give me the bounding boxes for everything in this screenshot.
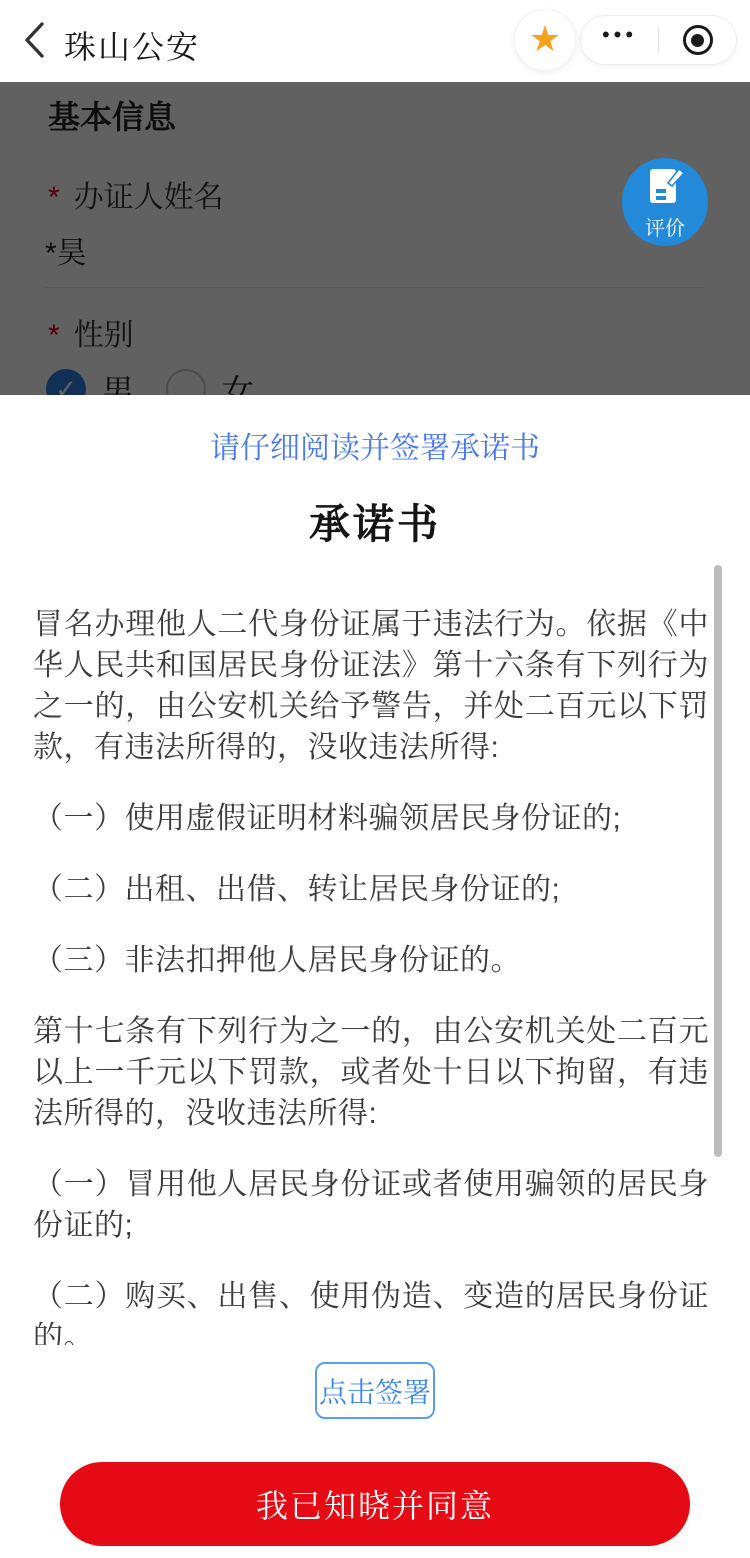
close-minimize-button[interactable] [659, 25, 736, 55]
edit-document-icon [644, 163, 686, 214]
header-bar: 珠山公安 ★ ••• [0, 0, 750, 82]
more-menu-button[interactable]: ••• [581, 24, 658, 56]
letter-paragraph: （三）非法扣押他人居民身份证的。 [33, 940, 709, 981]
modal-dim-overlay [0, 82, 750, 395]
star-icon: ★ [529, 21, 561, 57]
feedback-fab-label: 评价 [645, 212, 685, 241]
scrollbar-thumb[interactable] [714, 565, 722, 1157]
letter-paragraph: 第十七条有下列行为之一的，由公安机关处二百元以上一千元以下罚款，或者处十日以下拘… [33, 1011, 709, 1134]
back-chevron-icon [23, 21, 45, 64]
feedback-fab-button[interactable]: 评价 [622, 158, 708, 246]
back-button[interactable] [14, 20, 54, 64]
letter-paragraph: （二）购买、出售、使用伪造、变造的居民身份证的。 [33, 1276, 709, 1345]
commitment-letter-modal: 请仔细阅读并签署承诺书 承诺书 冒名办理他人二代身份证属于违法行为。依据《中华人… [0, 395, 750, 1558]
page-title: 珠山公安 [64, 22, 200, 68]
modal-subtitle: 请仔细阅读并签署承诺书 [0, 423, 750, 467]
modal-title: 承诺书 [0, 491, 750, 550]
letter-paragraph: （二）出租、出借、转让居民身份证的; [33, 869, 709, 910]
letter-scroll-area[interactable]: 冒名办理他人二代身份证属于违法行为。依据《中华人民共和国居民身份证法》第十六条有… [33, 604, 709, 1345]
letter-paragraph: （一）冒用他人居民身份证或者使用骗领的居民身份证的; [33, 1164, 709, 1246]
click-to-sign-button[interactable]: 点击签署 [315, 1362, 435, 1419]
favorite-button[interactable]: ★ [514, 9, 576, 71]
agree-button[interactable]: 我已知晓并同意 [60, 1462, 690, 1546]
letter-paragraph: （一）使用虚假证明材料骗领居民身份证的; [33, 798, 709, 839]
circled-dot-icon [683, 25, 713, 55]
letter-paragraph: 冒名办理他人二代身份证属于违法行为。依据《中华人民共和国居民身份证法》第十六条有… [33, 604, 709, 768]
miniprogram-capsule: ••• [580, 15, 737, 65]
ellipsis-icon: ••• [602, 22, 637, 47]
